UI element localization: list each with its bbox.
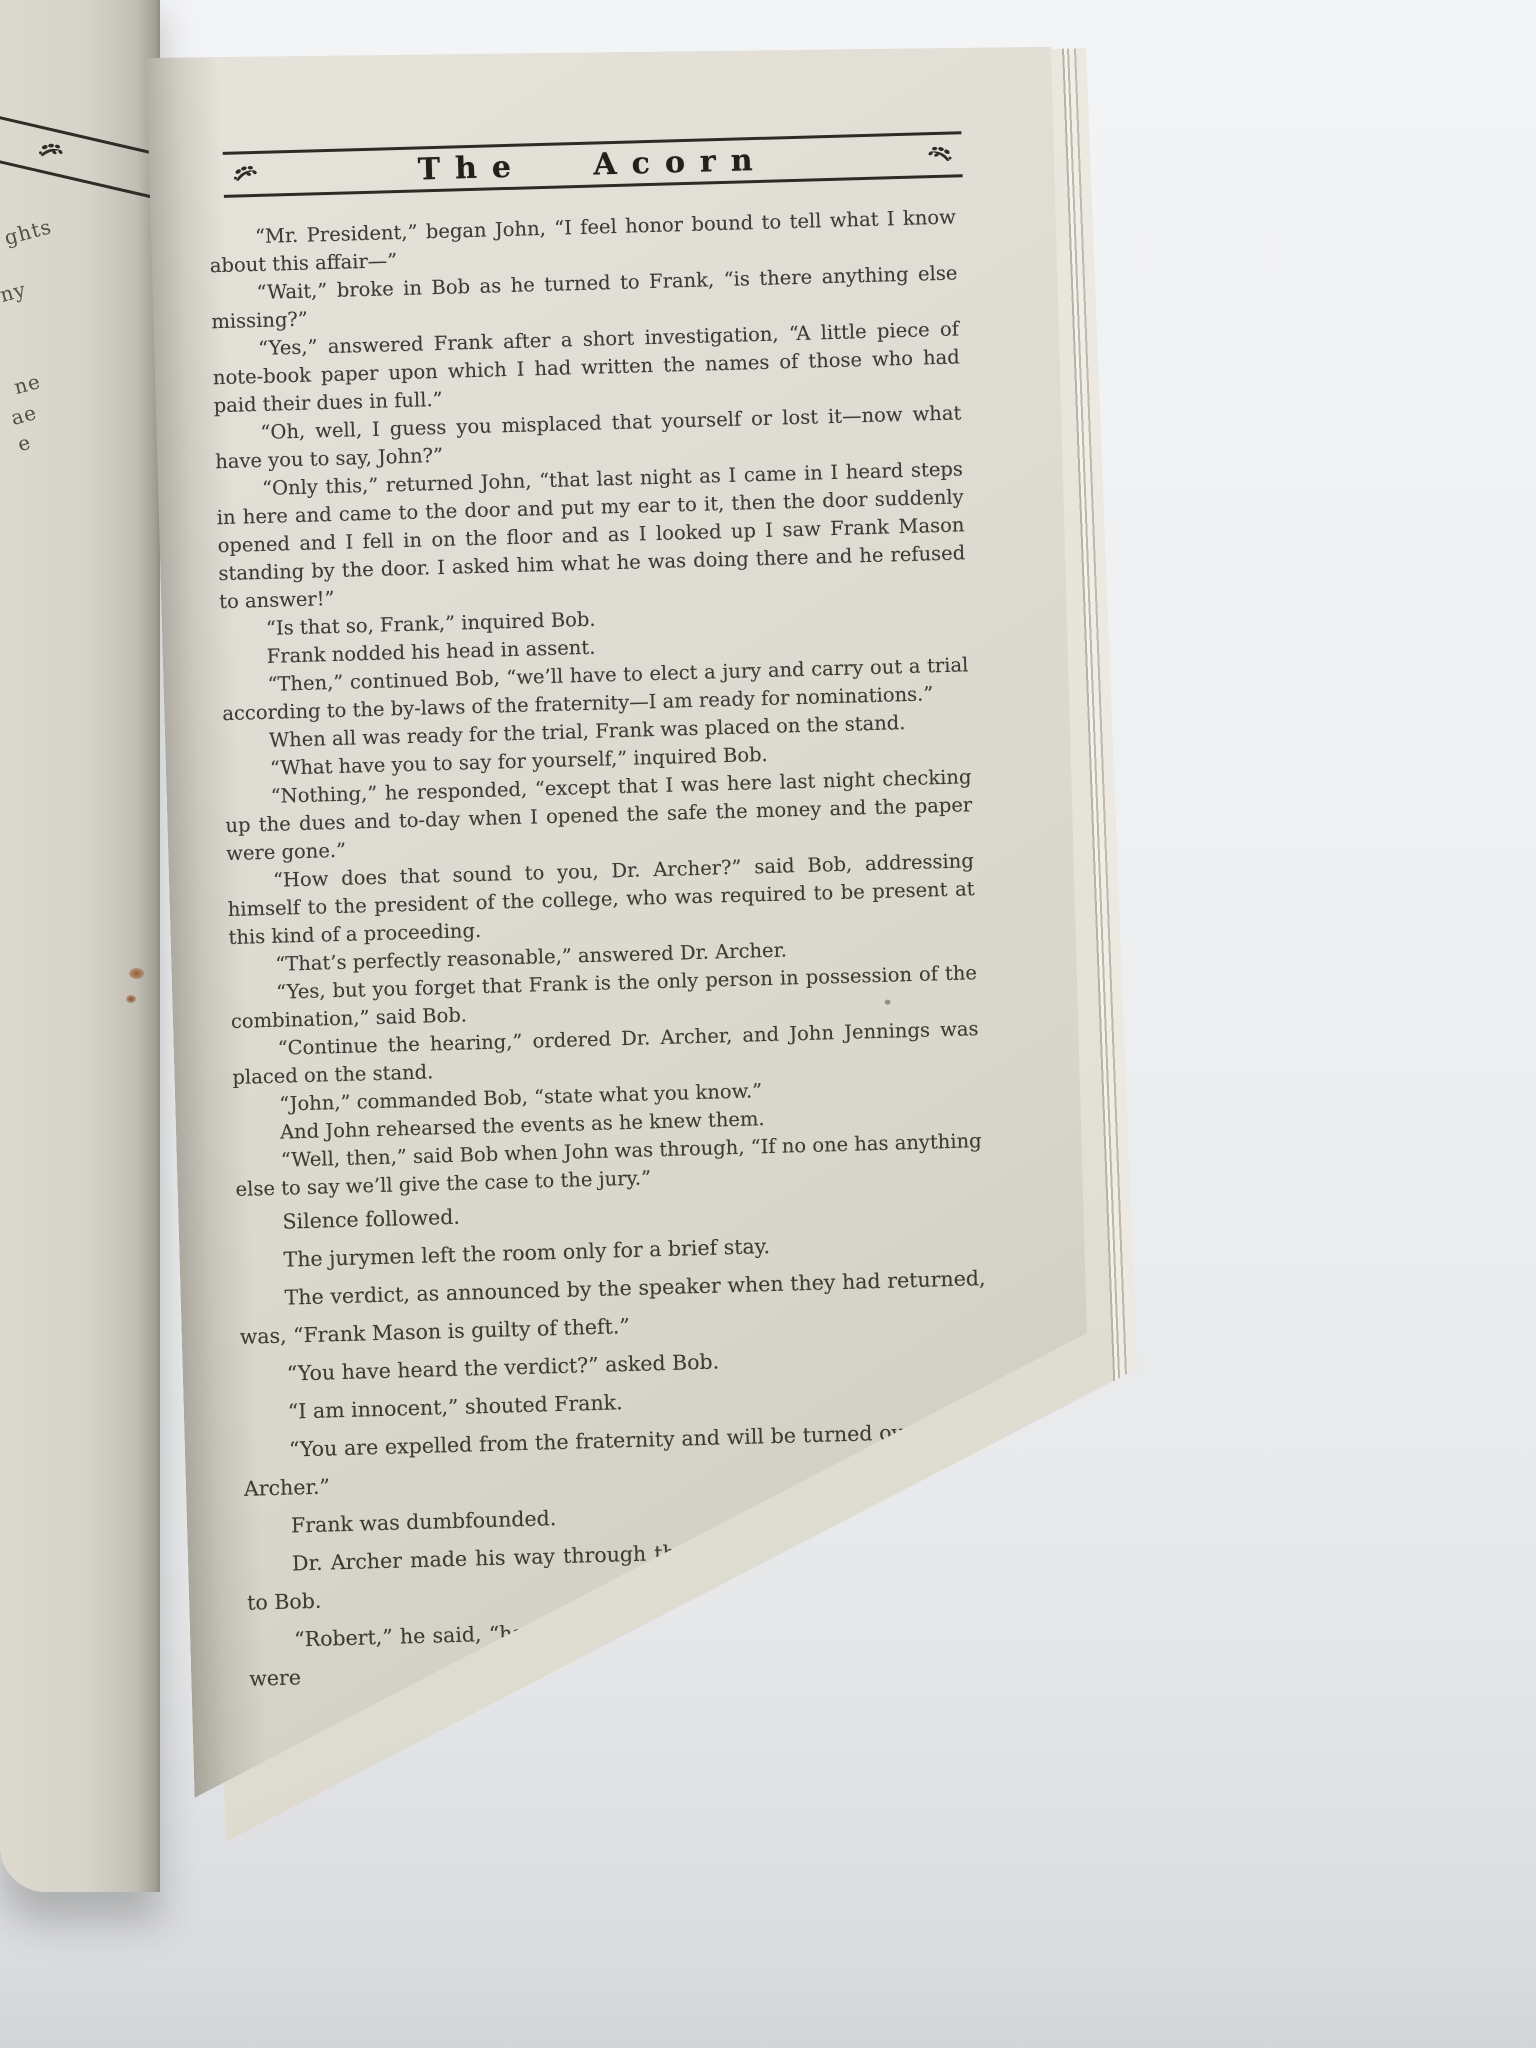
floral-ornament-icon xyxy=(231,164,260,185)
left-page-header-rule xyxy=(0,103,160,198)
left-page: ghtsnyneaee xyxy=(0,0,160,1892)
left-page-text-fragment: ny xyxy=(0,277,29,307)
book-page: The Acorn “Mr. President,” began John, “… xyxy=(146,33,1100,1816)
left-page-text-fragment: ghts xyxy=(2,214,55,250)
left-page-text-fragment: ae xyxy=(8,400,39,430)
masthead: The Acorn xyxy=(223,131,963,198)
floral-ornament-icon xyxy=(926,144,955,165)
rust-stain xyxy=(126,995,136,1003)
rust-stain xyxy=(129,968,144,979)
paragraph: “Only this,” returned John, “that last n… xyxy=(216,455,967,616)
left-page-text-fragment: ne xyxy=(11,369,43,399)
left-page-text-fragment: e xyxy=(15,430,34,457)
floral-ornament-icon xyxy=(35,139,67,165)
page-title: The Acorn xyxy=(259,138,927,192)
